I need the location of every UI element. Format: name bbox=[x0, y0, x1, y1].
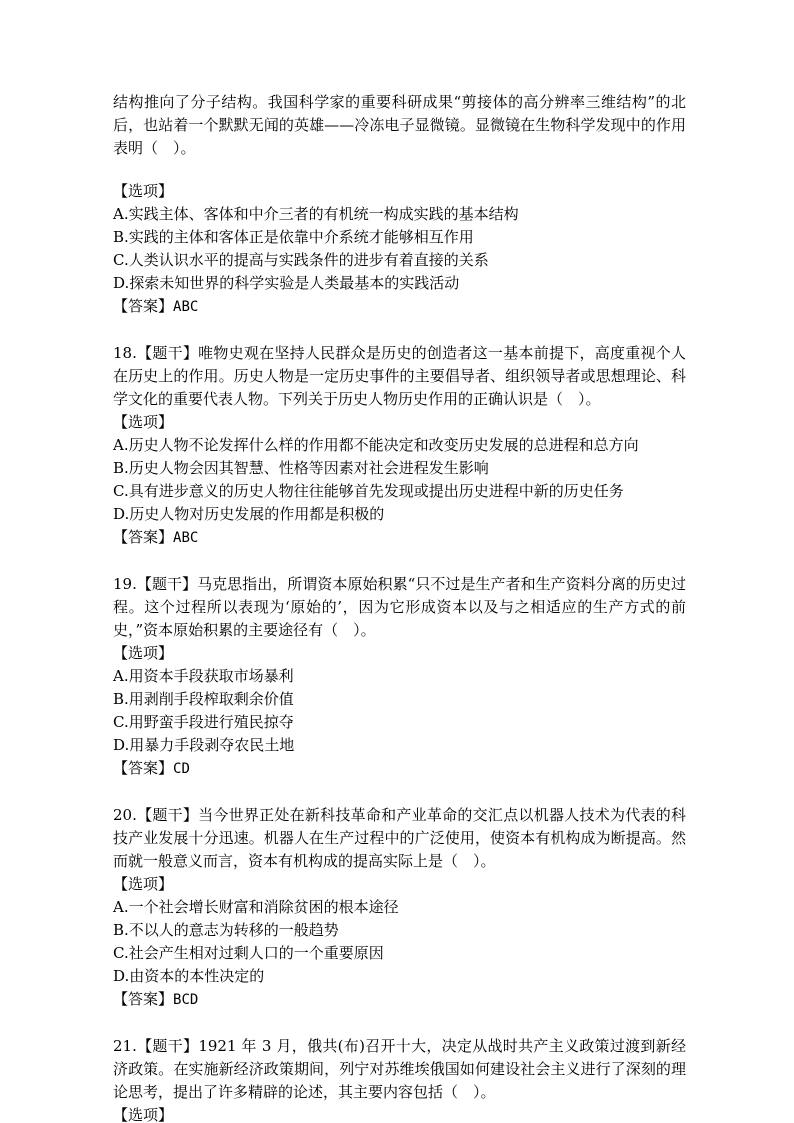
option-item: C.人类认识水平的提高与实践条件的进步有着直接的关系 bbox=[113, 249, 686, 272]
option-item: D.探索未知世界的科学实验是人类最基本的实践活动 bbox=[113, 272, 686, 295]
option-text: A.实践主体、客体和中介三者的有机统一构成实践的基本结构 bbox=[113, 205, 519, 223]
option-item: B.用剥削手段榨取剩余价值 bbox=[113, 688, 686, 711]
answer-value: BCD bbox=[173, 992, 198, 1008]
option-item: D.用暴力手段剥夺农民土地 bbox=[113, 734, 686, 757]
option-text: C.社会产生相对过剩人口的一个重要原因 bbox=[113, 944, 384, 962]
options-label: 【选项】 bbox=[113, 875, 173, 893]
answer-value: ABC bbox=[173, 299, 198, 315]
options-label: 【选项】 bbox=[113, 1106, 173, 1123]
options-label-line: 【选项】 bbox=[113, 1104, 686, 1123]
option-item: C.用野蛮手段进行殖民掠夺 bbox=[113, 711, 686, 734]
answer-line: 【答案】BCD bbox=[113, 988, 686, 1012]
stem-label: 【题干】 bbox=[137, 575, 197, 593]
option-text: D.用暴力手段剥夺农民土地 bbox=[113, 736, 294, 754]
question-stem: 19.【题干】马克思指出，所谓资本原始积累“只不过是生产者和生产资料分离的历史过… bbox=[113, 573, 686, 642]
stem-label: 【题干】 bbox=[137, 806, 198, 824]
option-text: D.探索未知世界的科学实验是人类最基本的实践活动 bbox=[113, 274, 459, 292]
question-block: 结构推向了分子结构。我国科学家的重要科研成果“剪接体的高分辨率三维结构”的北后，… bbox=[113, 91, 686, 319]
stem-label: 【题干】 bbox=[137, 1037, 198, 1055]
question-number: 19. bbox=[113, 575, 137, 593]
option-item: A.实践主体、客体和中介三者的有机统一构成实践的基本结构 bbox=[113, 203, 686, 226]
option-item: D.历史人物对历史发展的作用都是积极的 bbox=[113, 503, 686, 526]
option-item: D.由资本的本性决定的 bbox=[113, 965, 686, 988]
question-number: 18. bbox=[113, 344, 137, 362]
options-label-line: 【选项】 bbox=[113, 180, 686, 203]
option-item: C.具有进步意义的历史人物往往能够首先发现或提出历史进程中新的历史任务 bbox=[113, 480, 686, 503]
answer-value: ABC bbox=[173, 530, 198, 546]
question-block: 18.【题干】唯物史观在坚持人民群众是历史的创造者这一基本前提下，高度重视个人在… bbox=[113, 342, 686, 550]
option-text: B.历史人物会因其智慧、性格等因素对社会进程发生影响 bbox=[113, 459, 489, 477]
option-text: B.实践的主体和客体正是依靠中介系统才能够相互作用 bbox=[113, 228, 474, 246]
options-label-line: 【选项】 bbox=[113, 642, 686, 665]
question-number: 21. bbox=[113, 1037, 137, 1055]
option-text: A.一个社会增长财富和消除贫困的根本途径 bbox=[113, 898, 399, 916]
question-stem: 21.【题干】1921 年 3 月，俄共(布)召开十大，决定从战时共产主义政策过… bbox=[113, 1035, 686, 1104]
document-page: 结构推向了分子结构。我国科学家的重要科研成果“剪接体的高分辨率三维结构”的北后，… bbox=[0, 0, 794, 1123]
option-text: C.人类认识水平的提高与实践条件的进步有着直接的关系 bbox=[113, 251, 489, 269]
option-text: A.历史人物不论发挥什么样的作用都不能决定和改变历史发展的总进程和总方向 bbox=[113, 436, 639, 454]
answer-label: 【答案】 bbox=[113, 528, 173, 546]
option-item: B.历史人物会因其智慧、性格等因素对社会进程发生影响 bbox=[113, 457, 686, 480]
answer-line: 【答案】CD bbox=[113, 757, 686, 781]
options-label-line: 【选项】 bbox=[113, 873, 686, 896]
question-stem: 18.【题干】唯物史观在坚持人民群众是历史的创造者这一基本前提下，高度重视个人在… bbox=[113, 342, 686, 411]
option-text: B.用剥削手段榨取剩余价值 bbox=[113, 690, 294, 708]
options-label-line: 【选项】 bbox=[113, 411, 686, 434]
option-item: A.历史人物不论发挥什么样的作用都不能决定和改变历史发展的总进程和总方向 bbox=[113, 434, 686, 457]
answer-value: CD bbox=[173, 761, 190, 777]
stem-label: 【题干】 bbox=[137, 344, 198, 362]
answer-line: 【答案】ABC bbox=[113, 526, 686, 550]
option-text: D.由资本的本性决定的 bbox=[113, 967, 264, 985]
stem-text: 马克思指出，所谓资本原始积累“只不过是生产者和生产资料分离的历史过程。这个过程所… bbox=[113, 575, 686, 639]
question-stem: 20.【题干】当今世界正处在新科技革命和产业革命的交汇点以机器人技术为代表的科技… bbox=[113, 804, 686, 873]
stem-text: 1921 年 3 月，俄共(布)召开十大，决定从战时共产主义政策过渡到新经济政策… bbox=[113, 1037, 686, 1101]
answer-label: 【答案】 bbox=[113, 297, 173, 315]
answer-label: 【答案】 bbox=[113, 990, 173, 1008]
question-block: 19.【题干】马克思指出，所谓资本原始积累“只不过是生产者和生产资料分离的历史过… bbox=[113, 573, 686, 781]
answer-line: 【答案】ABC bbox=[113, 295, 686, 319]
option-item: C.社会产生相对过剩人口的一个重要原因 bbox=[113, 942, 686, 965]
question-number: 20. bbox=[113, 806, 137, 824]
option-text: B.不以人的意志为转移的一般趋势 bbox=[113, 921, 339, 939]
answer-label: 【答案】 bbox=[113, 759, 173, 777]
option-text: D.历史人物对历史发展的作用都是积极的 bbox=[113, 505, 384, 523]
option-item: A.一个社会增长财富和消除贫困的根本途径 bbox=[113, 896, 686, 919]
option-item: B.实践的主体和客体正是依靠中介系统才能够相互作用 bbox=[113, 226, 686, 249]
options-label: 【选项】 bbox=[113, 182, 173, 200]
option-item: A.用资本手段获取市场暴利 bbox=[113, 665, 686, 688]
option-text: A.用资本手段获取市场暴利 bbox=[113, 667, 294, 685]
option-text: C.具有进步意义的历史人物往往能够首先发现或提出历史进程中新的历史任务 bbox=[113, 482, 624, 500]
question-block: 21.【题干】1921 年 3 月，俄共(布)召开十大，决定从战时共产主义政策过… bbox=[113, 1035, 686, 1123]
option-item: B.不以人的意志为转移的一般趋势 bbox=[113, 919, 686, 942]
question-block: 20.【题干】当今世界正处在新科技革命和产业革命的交汇点以机器人技术为代表的科技… bbox=[113, 804, 686, 1012]
question-stem: 结构推向了分子结构。我国科学家的重要科研成果“剪接体的高分辨率三维结构”的北后，… bbox=[113, 91, 686, 160]
stem-text: 结构推向了分子结构。我国科学家的重要科研成果“剪接体的高分辨率三维结构”的北后，… bbox=[113, 93, 686, 157]
stem-text: 唯物史观在坚持人民群众是历史的创造者这一基本前提下，高度重视个人在历史上的作用。… bbox=[113, 344, 686, 408]
options-label: 【选项】 bbox=[113, 413, 173, 431]
stem-text: 当今世界正处在新科技革命和产业革命的交汇点以机器人技术为代表的科技产业发展十分迅… bbox=[113, 806, 686, 870]
option-text: C.用野蛮手段进行殖民掠夺 bbox=[113, 713, 294, 731]
options-label: 【选项】 bbox=[113, 644, 173, 662]
